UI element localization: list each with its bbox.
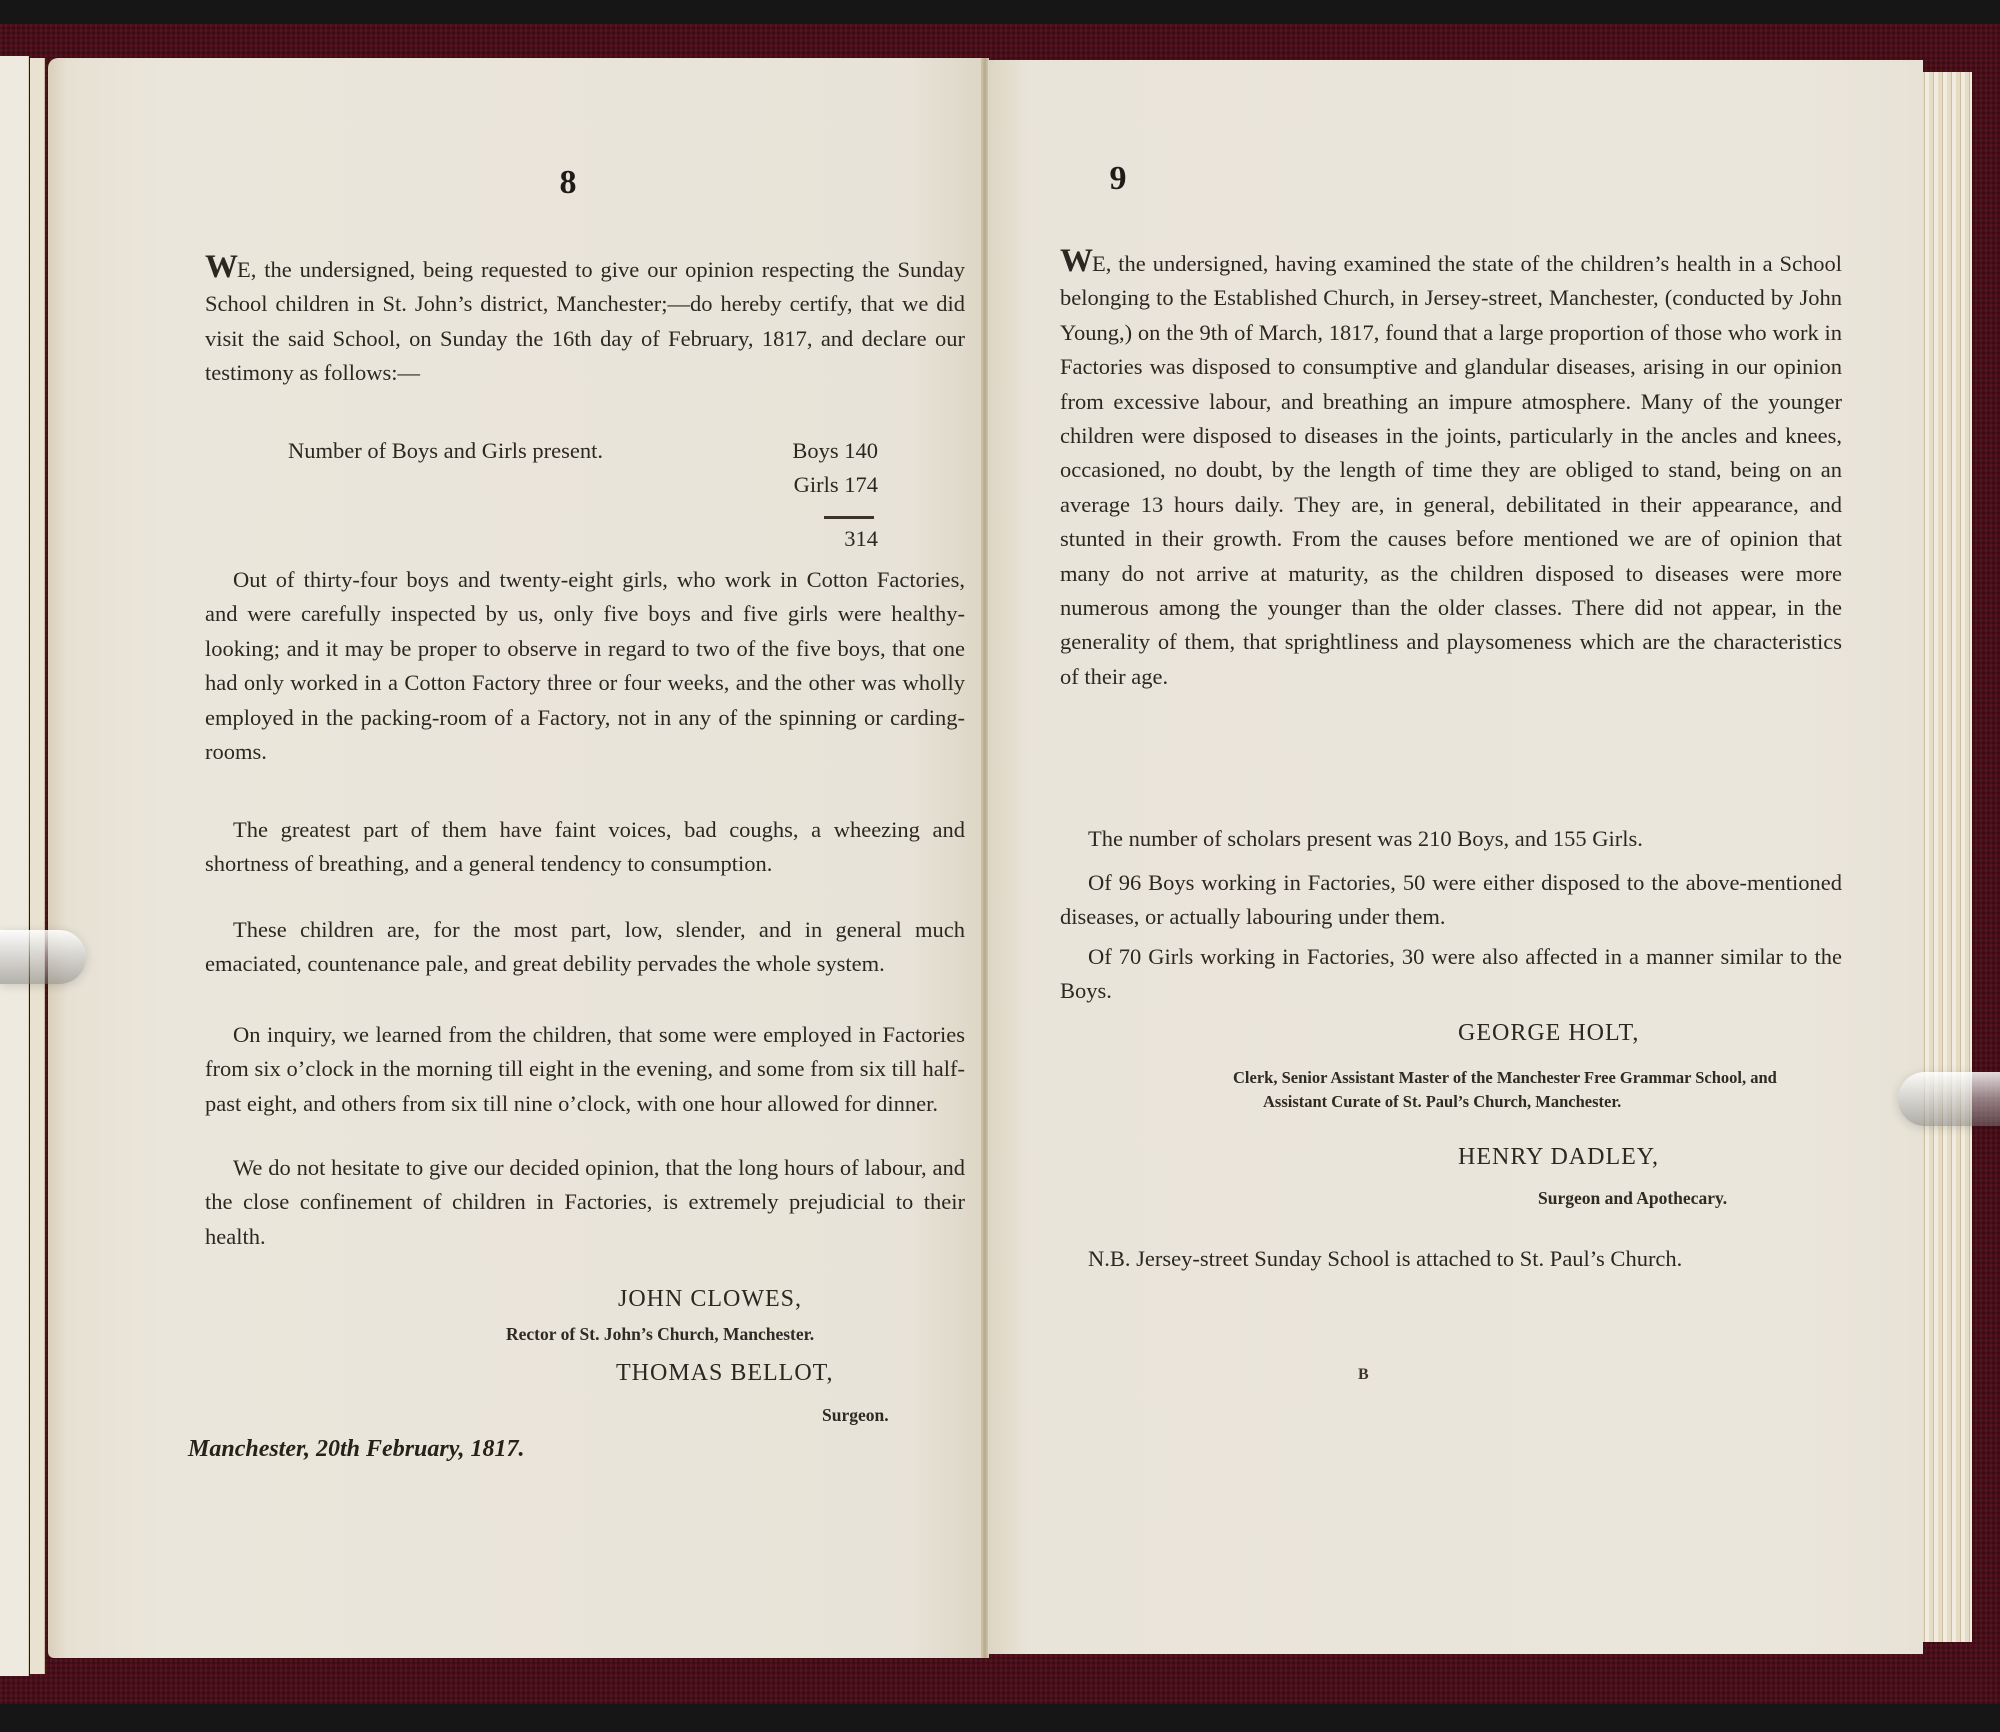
tally-row-label: Boys	[792, 438, 838, 463]
intro-text: E, the undersigned, being requested to g…	[205, 257, 965, 385]
right-page: 9 WE, the undersigned, having examined t…	[988, 60, 1923, 1654]
signatory-title: Surgeon and Apothecary.	[1538, 1186, 1727, 1210]
tally-label: Number of Boys and Girls present.	[288, 438, 603, 464]
intro-paragraph: WE, the undersigned, having examined the…	[1060, 244, 1842, 694]
dropcap: W	[205, 249, 237, 285]
paragraph: The greatest part of them have faint voi…	[205, 813, 965, 882]
signatory-title: Clerk, Senior Assistant Master of the Ma…	[1233, 1066, 1788, 1114]
previous-leaf-edge	[0, 56, 29, 1676]
tally-rule	[824, 516, 874, 519]
page-block-edges	[1920, 72, 1972, 1642]
tally-row-girls: Girls 174	[708, 472, 878, 498]
paragraph: The number of scholars present was 210 B…	[1060, 822, 1842, 856]
paragraph: We do not hesitate to give our decided o…	[205, 1151, 965, 1254]
paragraph: Out of thirty-four boys and twenty-eight…	[205, 563, 965, 769]
page-number: 9	[1078, 160, 1158, 198]
page-clip-left	[0, 930, 86, 984]
intro-paragraph: WE, the undersigned, being requested to …	[205, 250, 965, 391]
signatory-name: JOHN CLOWES,	[618, 1286, 802, 1313]
signatory-name: THOMAS BELLOT,	[616, 1360, 834, 1387]
page-clip-right	[1898, 1072, 2000, 1126]
tally-total: 314	[708, 526, 878, 552]
tally-row-label: Girls	[794, 472, 839, 497]
signatory-title: Surgeon.	[822, 1403, 889, 1427]
paragraph: These children are, for the most part, l…	[205, 913, 965, 982]
signatory-title: Rector of St. John’s Church, Manchester.	[506, 1322, 814, 1346]
intro-text: E, the undersigned, having examined the …	[1060, 251, 1842, 689]
dateline: Manchester, 20th February, 1817.	[188, 1436, 524, 1463]
tally-row-value: 140	[844, 438, 878, 463]
left-page: 8 WE, the undersigned, being requested t…	[48, 58, 983, 1658]
previous-leaf-edge-inner	[30, 58, 45, 1674]
signatory-name: HENRY DADLEY,	[1458, 1144, 1659, 1171]
tally-row-value: 174	[844, 472, 878, 497]
paragraph: Of 96 Boys working in Factories, 50 were…	[1060, 866, 1842, 935]
signature-mark: B	[1358, 1366, 1369, 1384]
paragraph: On inquiry, we learned from the children…	[205, 1018, 965, 1121]
dropcap: W	[1060, 243, 1092, 279]
page-number: 8	[528, 164, 608, 202]
paragraph: Of 70 Girls working in Factories, 30 wer…	[1060, 940, 1842, 1009]
tally-row-boys: Boys 140	[708, 438, 878, 464]
note-paragraph: N.B. Jersey-street Sunday School is atta…	[1060, 1242, 1842, 1276]
signatory-name: GEORGE HOLT,	[1458, 1020, 1639, 1047]
